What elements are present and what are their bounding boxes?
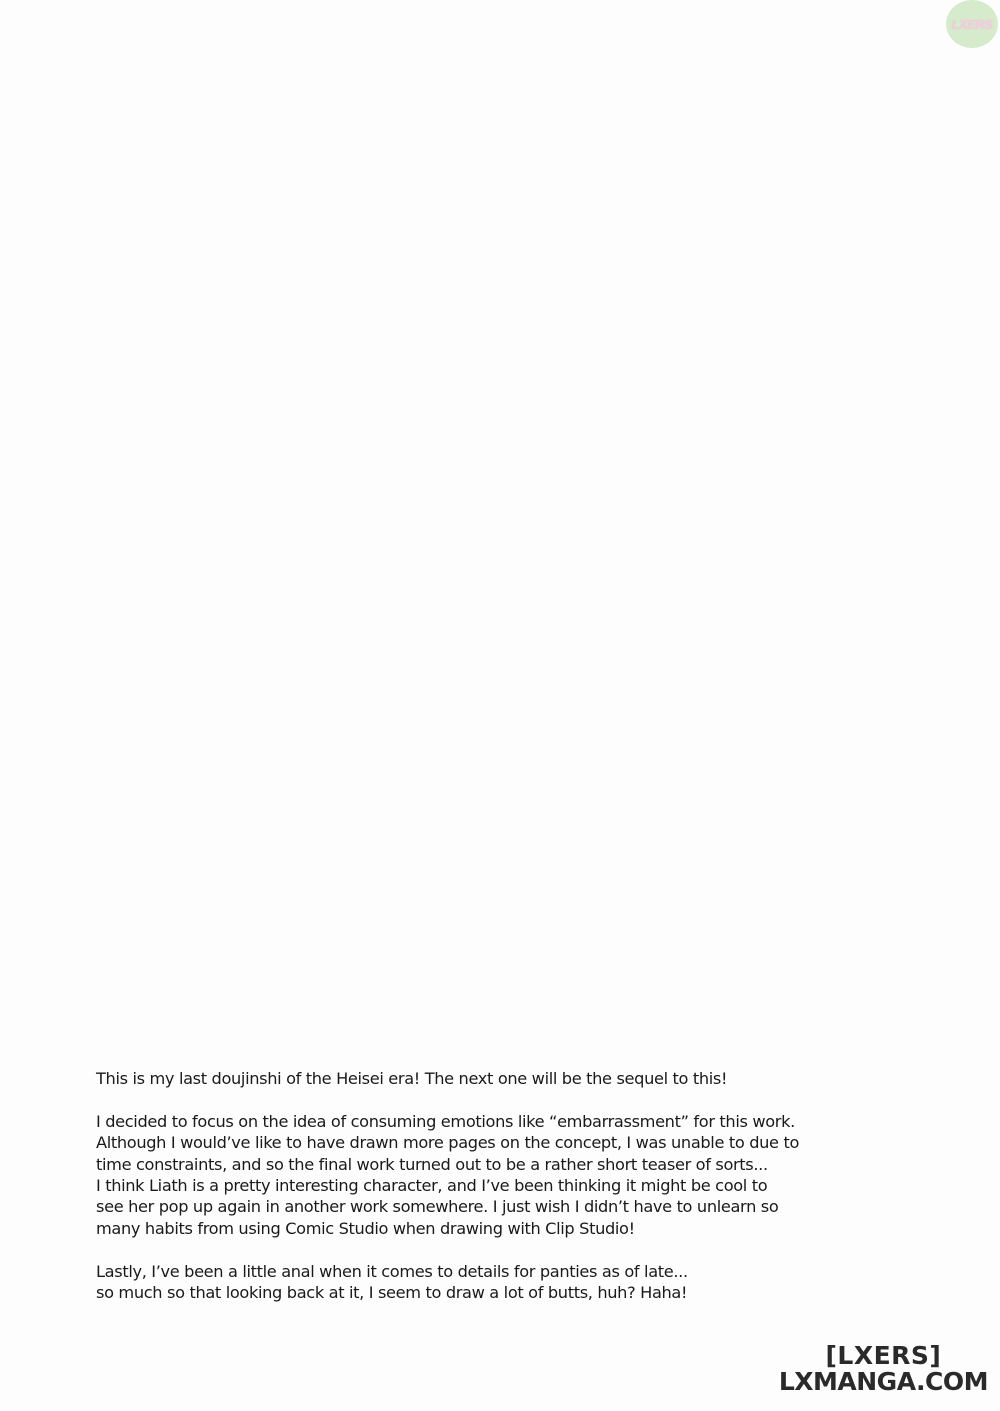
badge-label: LXERS — [952, 17, 993, 32]
site-watermark: [LXERS] LXMANGA.COM — [779, 1343, 988, 1396]
lxers-badge-logo: LXERS — [946, 0, 998, 48]
afterword-paragraph-2: I decided to focus on the idea of consum… — [96, 1111, 816, 1239]
afterword-text-block: This is my last doujinshi of the Heisei … — [96, 1068, 816, 1325]
afterword-paragraph-3: Lastly, I’ve been a little anal when it … — [96, 1261, 816, 1304]
watermark-site-url: LXMANGA.COM — [779, 1369, 988, 1395]
afterword-paragraph-1: This is my last doujinshi of the Heisei … — [96, 1068, 816, 1089]
watermark-group-name: [LXERS] — [779, 1343, 988, 1369]
